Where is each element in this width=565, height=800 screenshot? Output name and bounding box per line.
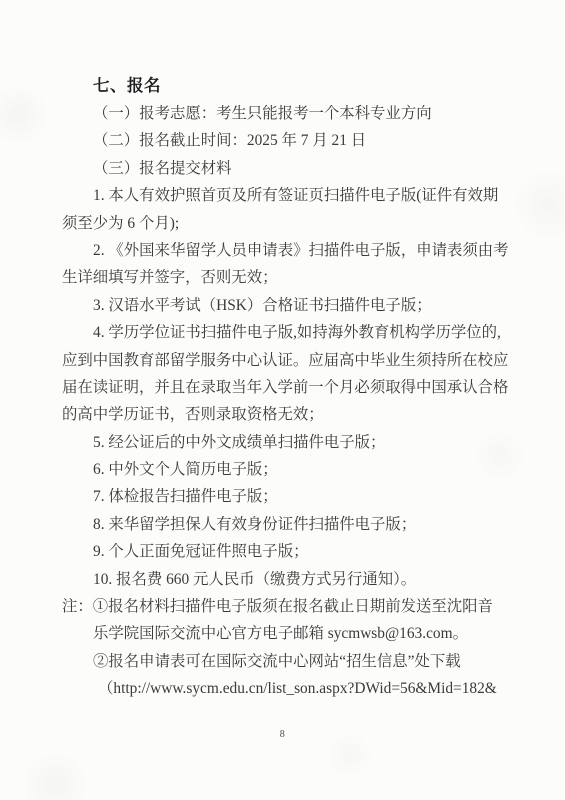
document-line: （http://www.sycm.edu.cn/list_son.aspx?DW… (62, 675, 512, 702)
document-body: 七、报名 （一）报考志愿：考生只能报考一个本科专业方向（二）报名截止时间：202… (62, 72, 512, 703)
document-line: 1. 本人有效护照首页及所有签证页扫描件电子版(证件有效期 (62, 182, 512, 209)
document-line: 生详细填写并签字，否则无效； (62, 264, 512, 291)
section-heading: 七、报名 (62, 72, 512, 100)
document-line: 乐学院国际交流中心官方电子邮箱 sycmwsb@163.com。 (62, 620, 512, 647)
document-line: 10. 报名费 660 元人民币（缴费方式另行通知）。 (62, 566, 512, 593)
document-line: 应到中国教育部留学服务中心认证。应届高中毕业生须持所在校应 (62, 347, 512, 374)
document-line: 4. 学历学位证书扫描件电子版,如持海外教育机构学历学位的, (62, 319, 512, 346)
page-number: 8 (0, 729, 565, 740)
document-line: 8. 来华留学担保人有效身份证件扫描件电子版； (62, 511, 512, 538)
document-line: 须至少为 6 个月); (62, 210, 512, 237)
document-line: 5. 经公证后的中外文成绩单扫描件电子版； (62, 429, 512, 456)
document-line: 2. 《外国来华留学人员申请表》扫描件电子版，申请表须由考 (62, 237, 512, 264)
document-line: （三）报名提交材料 (62, 155, 512, 182)
document-line: （二）报名截止时间：2025 年 7 月 21 日 (62, 127, 512, 154)
document-line: 6. 中外文个人简历电子版； (62, 456, 512, 483)
scanned-document-page: 七、报名 （一）报考志愿：考生只能报考一个本科专业方向（二）报名截止时间：202… (0, 0, 565, 800)
document-line: 届在读证明，并且在录取当年入学前一个月必须取得中国承认合格 (62, 374, 512, 401)
document-line: 9. 个人正面免冠证件照电子版； (62, 538, 512, 565)
document-line: 3. 汉语水平考试（HSK）合格证书扫描件电子版； (62, 292, 512, 319)
document-line: （一）报考志愿：考生只能报考一个本科专业方向 (62, 100, 512, 127)
document-line: 7. 体检报告扫描件电子版； (62, 483, 512, 510)
document-line: 的高中学历证书，否则录取资格无效； (62, 401, 512, 428)
document-line: ②报名申请表可在国际交流中心网站“招生信息”处下载 (62, 648, 512, 675)
document-line: 注：①报名材料扫描件电子版须在报名截止日期前发送至沈阳音 (62, 593, 512, 620)
